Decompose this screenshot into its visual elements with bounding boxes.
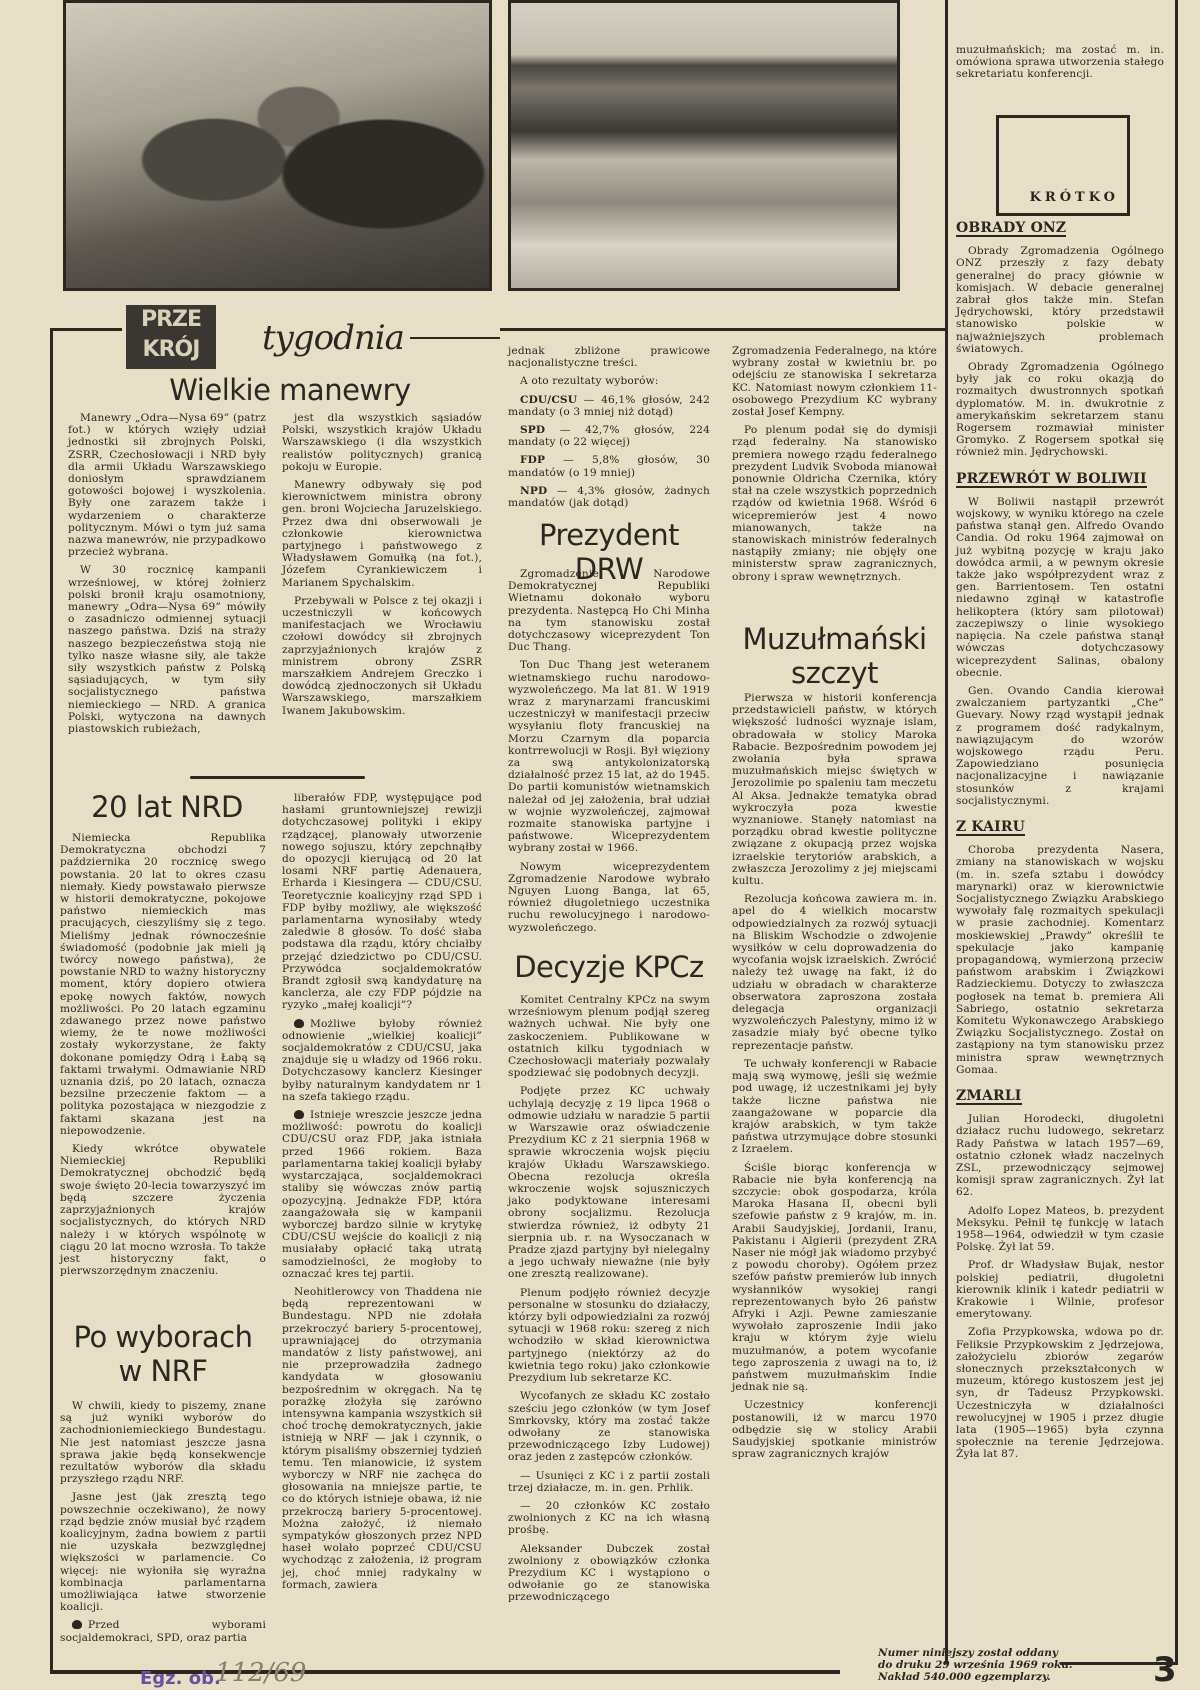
heading-zmarli: ZMARLI	[956, 1090, 1022, 1105]
paragraph: W 30 rocznicę kampanii wrześniowej, w kt…	[68, 564, 266, 735]
heading-przewrot-boliwii: PRZEWRÓT W BOLIWII	[956, 473, 1147, 488]
paragraph-bullet: Przed wyborami socjaldemokraci, SPD, ora…	[60, 1619, 266, 1643]
print-info: Numer niniejszy został oddany do druku 2…	[878, 1647, 1073, 1683]
drw-column: Zgromadzenie Narodowe Demokratycznej Rep…	[508, 568, 710, 940]
bullet-icon	[294, 1019, 304, 1028]
bullet-icon	[72, 1620, 82, 1629]
paragraph-bullet: Możliwe byłoby również odnowienie „wielk…	[282, 1018, 482, 1103]
article-title-kpcz: Decyzje KPCz	[508, 950, 710, 984]
paragraph: Te uchwały konferencji w Rabacie mają sw…	[732, 1058, 937, 1156]
paragraph: Nowym wiceprezydentem Zgromadzenie Narod…	[508, 861, 710, 934]
paragraph: jest dla wszystkich sąsiadów Polski, wsz…	[282, 412, 482, 473]
kpcz-column: Komitet Centralny KPCz na swym wrześniow…	[508, 994, 710, 1610]
kpcz-continuation: Zgromadzenia Federalnego, na które wybra…	[732, 345, 937, 589]
paragraph: Rezolucja końcowa zawiera m. in. apel do…	[732, 893, 937, 1052]
heading-obrady-onz: OBRADY ONZ	[956, 222, 1066, 237]
paragraph: Pierwsza w historii konferencja przedsta…	[732, 692, 937, 887]
krotko-box: KRÓTKO	[996, 115, 1130, 216]
paragraph: — Usunięci z KC i z partii zostali trzej…	[508, 1470, 710, 1494]
paragraph: Obrady Zgromadzenia Ogólnego ONZ przeszł…	[956, 245, 1164, 355]
frame-line-top-right	[500, 328, 946, 331]
paragraph: Obrady Zgromadzenia Ogólnego były jak co…	[956, 361, 1164, 459]
photo-military-parade	[508, 0, 900, 291]
logo-line-2: KRÓJ	[126, 335, 216, 365]
paragraph: Wycofanych ze składu KC zostało sześciu …	[508, 1390, 710, 1463]
paragraph: muzułmańskich; ma zostać m. in. omówiona…	[956, 44, 1164, 81]
result-spd: SPD — 42,7% głosów, 224 mandaty (o 22 wi…	[508, 424, 710, 448]
bullet-icon	[294, 1110, 304, 1119]
article-title-nrf: Po wyborach w NRF	[60, 1320, 266, 1388]
paragraph: Jasne jest (jak zresztą tego powszechnie…	[60, 1491, 266, 1613]
paragraph: Zgromadzenie Narodowe Demokratycznej Rep…	[508, 568, 710, 653]
krotko-frame-right	[1175, 0, 1178, 1664]
paragraph: Prof. dr Władysław Bujak, nestor polskie…	[956, 1259, 1164, 1320]
page-number: 3	[1153, 1650, 1177, 1690]
paragraph: Przebywali w Polsce z tej okazji i uczes…	[282, 595, 482, 717]
paragraph: Ton Duc Thang jest weteranem wietnamskie…	[508, 659, 710, 854]
paragraph: Manewry odbywały się pod kierownictwem m…	[282, 479, 482, 589]
archive-stamp: Egz. ob.	[140, 1668, 221, 1689]
article-title-szczyt: Muzułmański szczyt	[732, 622, 937, 690]
paragraph: Podjęte przez KC uchwały uchylają decyzj…	[508, 1085, 710, 1280]
nrf-column-1: W chwili, kiedy to piszemy, znane są już…	[60, 1400, 266, 1650]
paragraph: Zofia Przypkowska, wdowa po dr. Feliksie…	[956, 1326, 1164, 1460]
logo-line-1: PRZE	[126, 305, 216, 335]
paragraph: liberałów FDP, występujące pod hasłami g…	[282, 792, 482, 1012]
krotko-column: OBRADY ONZ Obrady Zgromadzenia Ogólnego …	[956, 214, 1164, 1467]
article-title-nrd: 20 lat NRD	[68, 790, 266, 824]
article-divider	[190, 776, 365, 779]
heading-z-kairu: Z KAIRU	[956, 821, 1025, 836]
paragraph: Aleksander Dubczek został zwolniony z ob…	[508, 1543, 710, 1604]
paragraph: jednak zbliżone prawicowe nacjonalistycz…	[508, 345, 710, 369]
result-fdp: FDP — 5,8% głosów, 30 mandatów (o 19 mni…	[508, 454, 710, 478]
nrf-column-3: jednak zbliżone prawicowe nacjonalistycz…	[508, 345, 710, 515]
manewry-column-2: jest dla wszystkich sąsiadów Polski, wsz…	[282, 412, 482, 723]
paragraph: Julian Horodecki, długoletni działacz ru…	[956, 1113, 1164, 1198]
paragraph: Adolfo Lopez Mateos, b. prezydent Meksyk…	[956, 1205, 1164, 1254]
paragraph: Ściśle biorąc konferencja w Rabacie nie …	[732, 1162, 937, 1394]
paragraph: Choroba prezydenta Nasera, zmiany na sta…	[956, 844, 1164, 1076]
nrd-column: Niemiecka Republika Demokratyczna obchod…	[60, 832, 266, 1283]
paragraph: Manewry „Odra—Nysa 69” (patrz fot.) w kt…	[68, 412, 266, 558]
section-logo: PRZE KRÓJ	[126, 305, 216, 369]
paragraph: Neohitlerowcy von Thaddena nie będą repr…	[282, 1286, 482, 1591]
results-intro: A oto rezultaty wyborów:	[508, 375, 710, 387]
szczyt-continuation: muzułmańskich; ma zostać m. in. omówiona…	[956, 44, 1164, 87]
paragraph: Po plenum podał się do dymisji rząd fede…	[732, 424, 937, 583]
result-cdu: CDU/CSU — 46,1% głosów, 242 mandaty (o 3…	[508, 394, 710, 418]
paragraph: Gen. Ovando Candia kierował zwalczaniem …	[956, 685, 1164, 807]
paragraph: Niemiecka Republika Demokratyczna obchod…	[60, 832, 266, 1137]
krotko-label: KRÓTKO	[1030, 190, 1119, 205]
manewry-column-1: Manewry „Odra—Nysa 69” (patrz fot.) w kt…	[68, 412, 266, 741]
paragraph: W Boliwii nastąpił przewrót wojskowy, w …	[956, 496, 1164, 679]
szczyt-column: Pierwsza w historii konferencja przedsta…	[732, 692, 937, 1466]
handwritten-note: 112/69	[215, 1658, 306, 1688]
paragraph: — 20 członków KC zostało zwolnionych z K…	[508, 1500, 710, 1537]
section-title: tygodnia	[262, 318, 404, 358]
title-rule	[410, 337, 500, 339]
paragraph: Komitet Centralny KPCz na swym wrześniow…	[508, 994, 710, 1079]
paragraph: Kiedy wkrótce obywatele Niemieckiej Repu…	[60, 1143, 266, 1277]
paragraph: Plenum podjęło również decyzje personaln…	[508, 1287, 710, 1385]
result-npd: NPD — 4,3% głosów, żadnych mandatów (jak…	[508, 485, 710, 509]
nrf-column-2: liberałów FDP, występujące pod hasłami g…	[282, 792, 482, 1597]
paragraph: W chwili, kiedy to piszemy, znane są już…	[60, 1400, 266, 1485]
article-title-manewry: Wielkie manewry	[140, 373, 440, 407]
paragraph: Uczestnicy konferencji postanowili, iż w…	[732, 1399, 937, 1460]
frame-line-left	[50, 328, 53, 1672]
photo-maneuvers-gomulka	[63, 0, 492, 291]
frame-line-top	[50, 328, 122, 331]
krotko-frame-left	[945, 0, 948, 1664]
paragraph: Zgromadzenia Federalnego, na które wybra…	[732, 345, 937, 418]
paragraph-bullet: Istnieje wreszcie jeszcze jedna możliwoś…	[282, 1109, 482, 1280]
